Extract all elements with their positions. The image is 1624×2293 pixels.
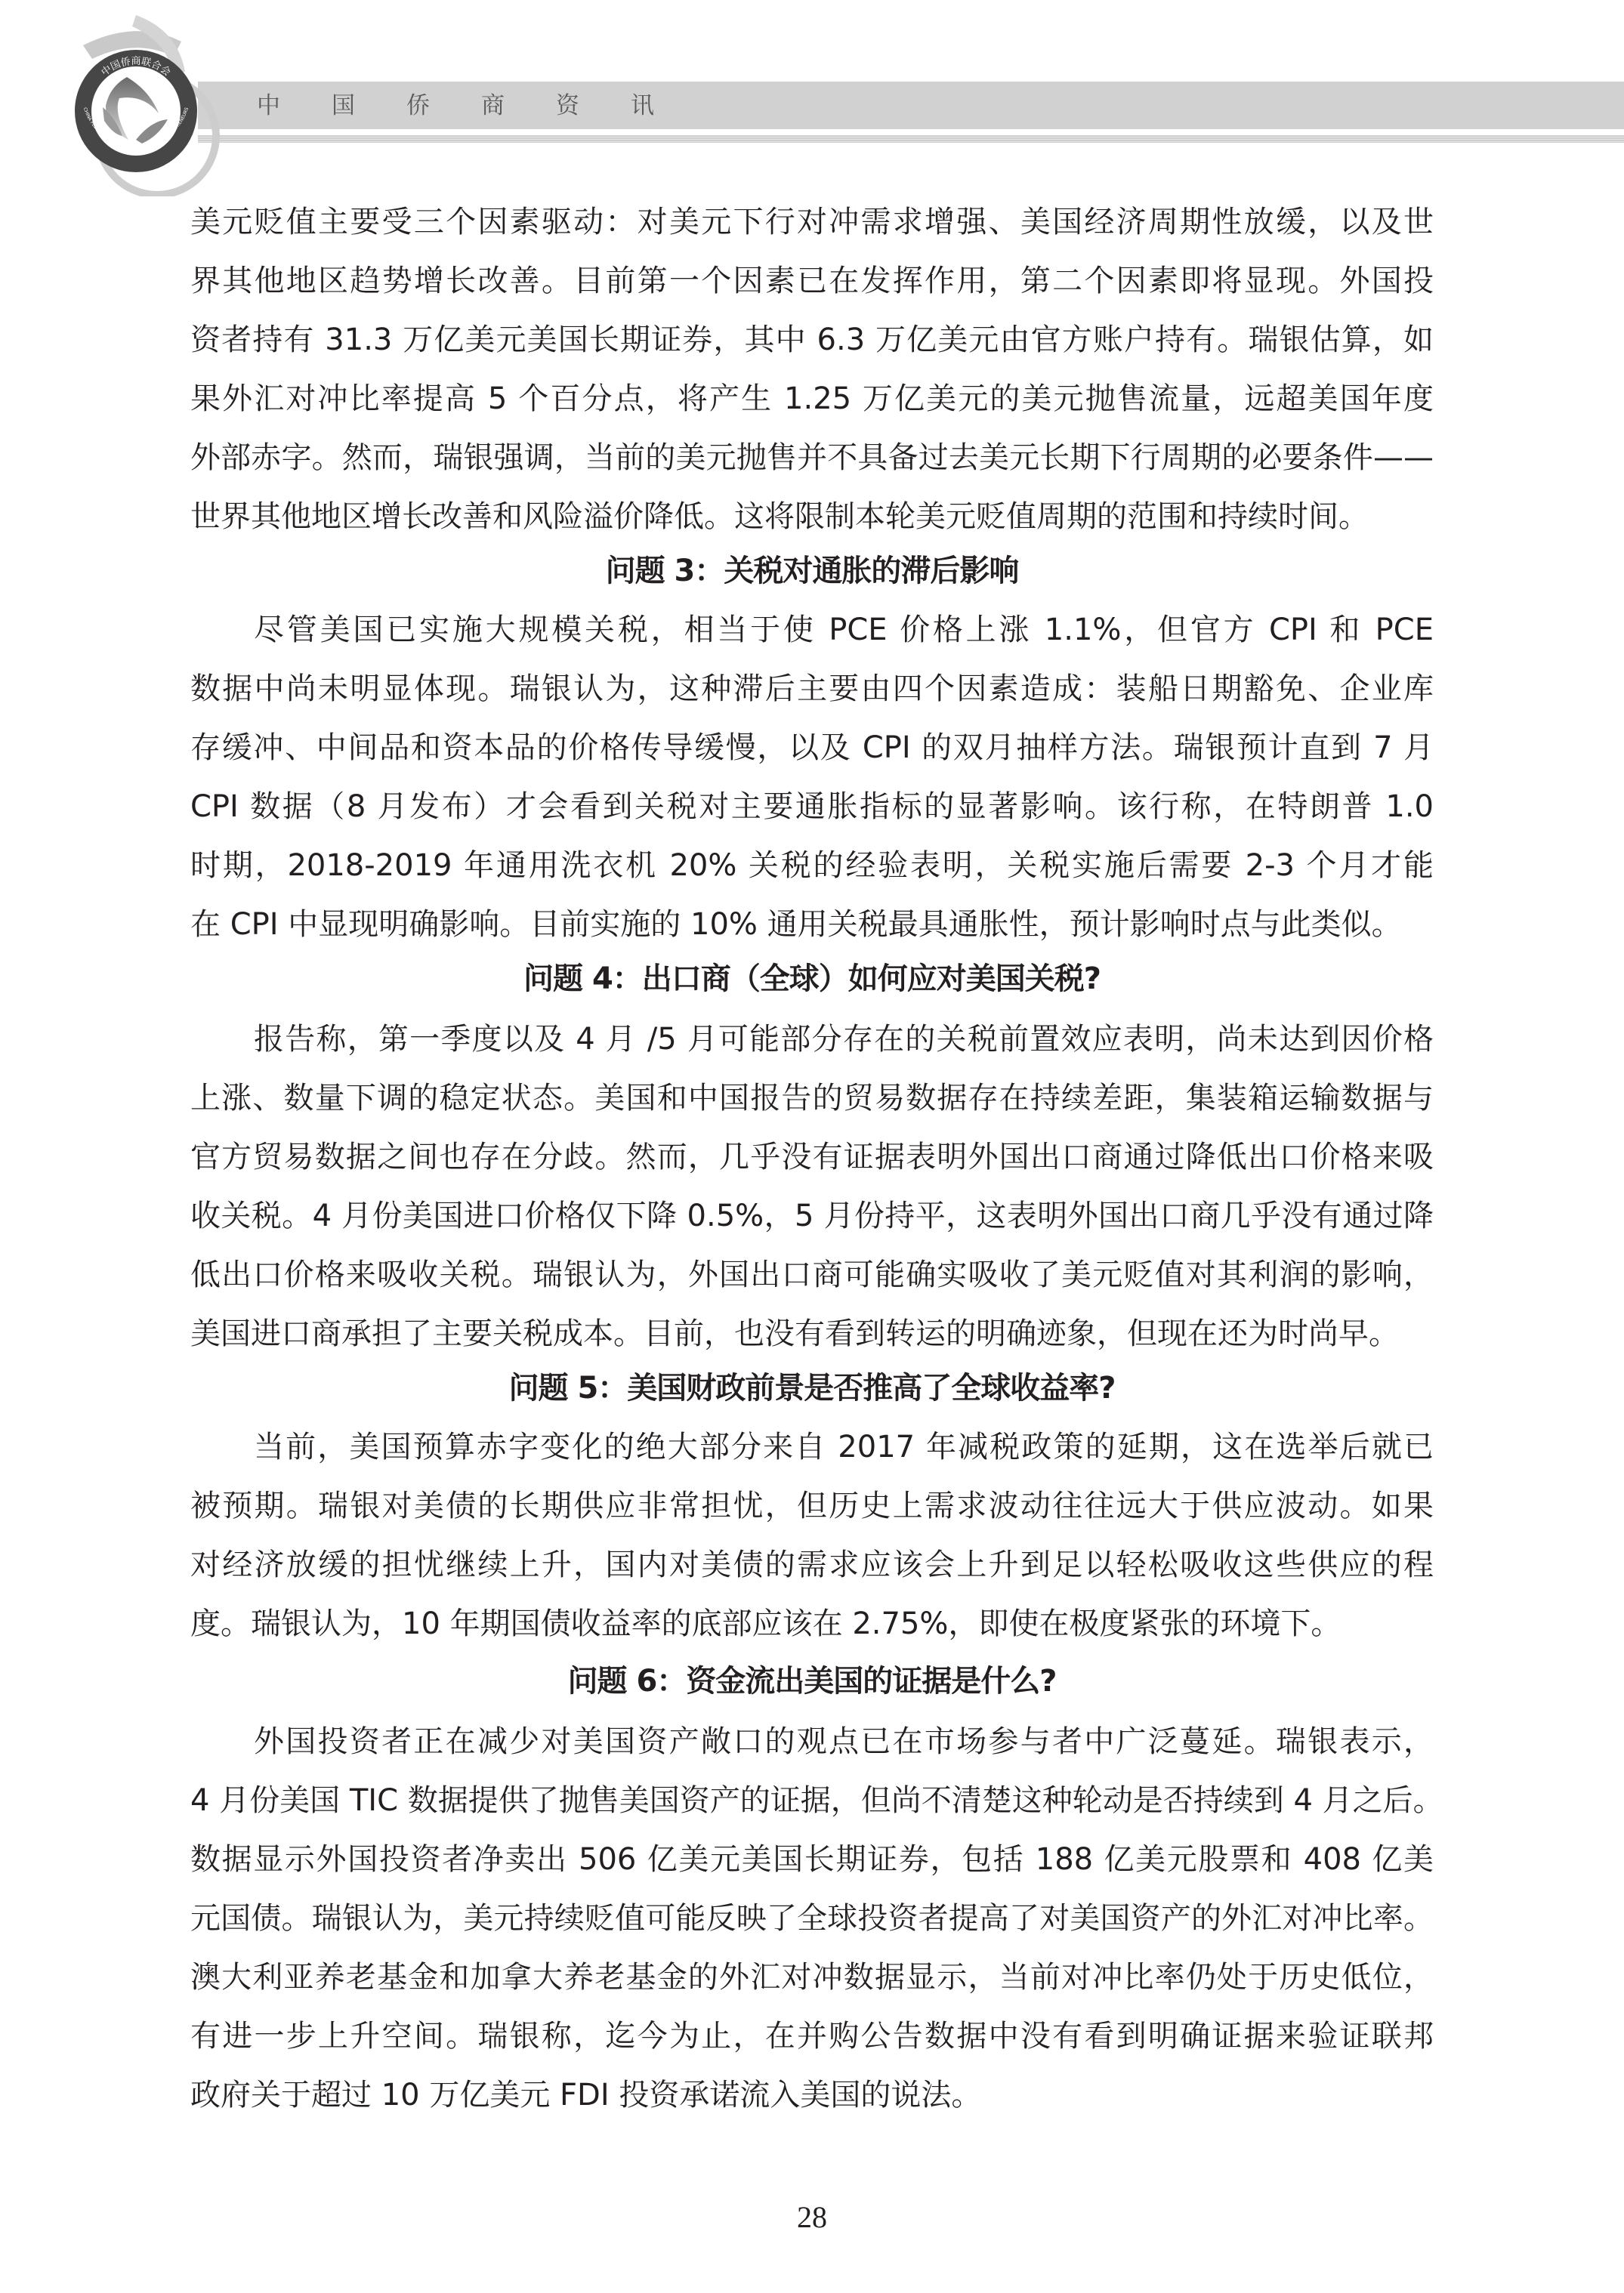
text-line: 美元贬值主要受三个因素驱动：对美元下行对冲需求增强、美国经济周期性放缓，以及世 bbox=[190, 193, 1434, 252]
masthead-title-char: 资 bbox=[556, 91, 631, 121]
text-line: 澳大利亚养老基金和加拿大养老基金的外汇对冲数据显示，当前对冲比率仍处于历史低位， bbox=[190, 1948, 1434, 2007]
text-line: 时期，2018-2019 年通用洗衣机 20% 关税的经验表明，关税实施后需要 … bbox=[190, 836, 1434, 895]
text-line: 报告称，第一季度以及 4 月 /5 月可能部分存在的关税前置效应表明，尚未达到因… bbox=[190, 1010, 1434, 1069]
text-line: 数据中尚未明显体现。瑞银认为，这种滞后主要由四个因素造成：装船日期豁免、企业库 bbox=[190, 659, 1434, 718]
text-line: 被预期。瑞银对美债的长期供应非常担忧，但历史上需求波动往往远大于供应波动。如果 bbox=[190, 1477, 1434, 1535]
section-heading: 问题 4：出口商（全球）如何应对美国关税? bbox=[190, 949, 1434, 1008]
text-line: 收关税。4 月份美国进口价格仅下降 0.5%，5 月份持平，这表明外国出口商几乎… bbox=[190, 1187, 1434, 1245]
masthead-title-char: 国 bbox=[332, 91, 406, 121]
text-line: 低出口价格来吸收关税。瑞银认为，外国出口商可能确实吸收了美元贬值对其利润的影响， bbox=[190, 1245, 1434, 1304]
text-line: 有进一步上升空间。瑞银称，迄今为止，在并购公告数据中没有看到明确证据来验证联邦 bbox=[190, 2007, 1434, 2066]
text-line: CPI 数据（8 月发布）才会看到关税对主要通胀指标的显著影响。该行称，在特朗普… bbox=[190, 777, 1434, 836]
text-line: 数据显示外国投资者净卖出 506 亿美元美国长期证券，包括 188 亿美元股票和… bbox=[190, 1830, 1434, 1889]
text-line: 存缓冲、中间品和资本品的价格传导缓慢，以及 CPI 的双月抽样方法。瑞银预计直到… bbox=[190, 718, 1434, 777]
text-line: 尽管美国已实施大规模关税，相当于使 PCE 价格上涨 1.1%，但官方 CPI … bbox=[190, 600, 1434, 659]
text-line: 世界其他地区增长改善和风险溢价降低。这将限制本轮美元贬值周期的范围和持续时间。 bbox=[190, 487, 1434, 546]
lotus-emblem-icon: 中国侨商联合会 CHINA FEDERATION OF OVERSEAS CHI… bbox=[30, 0, 257, 196]
text-line: 4 月份美国 TIC 数据提供了抛售美国资产的证据，但尚不清楚这种轮动是否持续到… bbox=[190, 1771, 1434, 1830]
text-line: 果外汇对冲比率提高 5 个百分点，将产生 1.25 万亿美元的美元抛售流量，远超… bbox=[190, 369, 1434, 428]
text-line: 上涨、数量下调的稳定状态。美国和中国报告的贸易数据存在持续差距，集装箱运输数据与 bbox=[190, 1069, 1434, 1128]
masthead-title-char: 中 bbox=[257, 91, 332, 121]
page-number: 28 bbox=[0, 2199, 1624, 2235]
text-line: 元国债。瑞银认为，美元持续贬值可能反映了全球投资者提高了对美国资产的外汇对冲比率… bbox=[190, 1889, 1434, 1948]
masthead-title-char: 讯 bbox=[631, 91, 705, 121]
text-line: 官方贸易数据之间也存在分歧。然而，几乎没有证据表明外国出口商通过降低出口价格来吸 bbox=[190, 1128, 1434, 1187]
masthead-title-char: 商 bbox=[481, 91, 556, 121]
text-line: 外国投资者正在减少对美国资产敞口的观点已在市场参与者中广泛蔓延。瑞银表示， bbox=[190, 1712, 1434, 1771]
text-line: 美国进口商承担了主要关税成本。目前，也没有看到转运的明确迹象，但现在还为时尚早。 bbox=[190, 1304, 1434, 1363]
text-line: 度。瑞银认为，10 年期国债收益率的底部应该在 2.75%，即使在极度紧张的环境… bbox=[190, 1594, 1434, 1653]
text-line: 外部赤字。然而，瑞银强调，当前的美元抛售并不具备过去美元长期下行周期的必要条件—… bbox=[190, 428, 1434, 487]
text-line: 政府关于超过 10 万亿美元 FDI 投资承诺流入美国的说法。 bbox=[190, 2066, 1434, 2125]
text-line: 界其他地区趋势增长改善。目前第一个因素已在发挥作用，第二个因素即将显现。外国投 bbox=[190, 252, 1434, 310]
header-rule bbox=[198, 135, 1624, 143]
text-line: 当前，美国预算赤字变化的绝大部分来自 2017 年减税政策的延期，这在选举后就已 bbox=[190, 1418, 1434, 1477]
text-line: 对经济放缓的担忧继续上升，国内对美债的需求应该会上升到足以轻松吸收这些供应的程 bbox=[190, 1535, 1434, 1594]
text-line: 在 CPI 中显现明确影响。目前实施的 10% 通用关税最具通胀性，预计影响时点… bbox=[190, 895, 1434, 954]
section-heading: 问题 6：资金流出美国的证据是什么? bbox=[190, 1652, 1434, 1711]
masthead-title: 中 国 侨 商 资 讯 bbox=[257, 91, 705, 121]
section-heading: 问题 3：关税对通胀的滞后影响 bbox=[190, 542, 1434, 600]
masthead-title-char: 侨 bbox=[406, 91, 481, 121]
text-line: 资者持有 31.3 万亿美元美国长期证券，其中 6.3 万亿美元由官方账户持有。… bbox=[190, 310, 1434, 369]
section-heading: 问题 5：美国财政前景是否推高了全球收益率? bbox=[190, 1359, 1434, 1418]
masthead-logo: 中国侨商联合会 CHINA FEDERATION OF OVERSEAS CHI… bbox=[30, 0, 257, 196]
